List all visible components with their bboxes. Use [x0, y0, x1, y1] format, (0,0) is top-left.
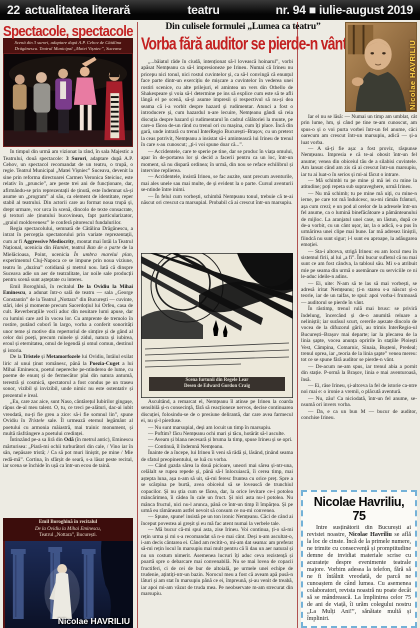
anniversary-headline: Nicolae Havriliu, 75 [307, 495, 411, 523]
paragraph: — Când gazda sărea la două picioare, une… [141, 463, 293, 514]
paragraph: „...băiatul râde în ciudă, intenționat s… [141, 59, 293, 149]
anniversary-box: Nicolae Havriliu, 75 Între susținătorii … [301, 490, 417, 628]
portrait-image [346, 23, 416, 111]
paragraph: Emil Boroghină, în recitalul De la Ovidi… [3, 284, 133, 354]
left-bottom-caption: Emil Boroghină în recitalul De la Ovidiu… [3, 518, 133, 541]
newspaper-page: 22 actualitatea literară teatru nr. 94 ■… [0, 0, 420, 628]
paragraph: În timpul din urmă am vizionat la rând, … [3, 149, 133, 226]
paragraph: — Spune, spune! insistă pe un ton ironic… [141, 514, 293, 527]
paragraph: Regia spectacolului, semnată de Cătălina… [3, 226, 133, 284]
main-article: Din culisele formulei „Lumea ca teatru” … [137, 22, 417, 628]
illustration-caption: Scena furtunii din Regele Lear Desen de … [149, 377, 285, 391]
paragraph: — Nu, zău! Ca niciodată, într-un fel anu… [301, 396, 417, 409]
portrait-byline: Nicolae HAVRILIU [408, 24, 417, 110]
paragraph: Între susținătorii din București ai revi… [307, 525, 411, 623]
section-label: teatru [188, 3, 220, 17]
paragraph: Înainte de a începe, lui Irineu îi veni … [141, 450, 293, 463]
kicker: Din culisele formulei „Lumea ca teatru” [141, 22, 345, 32]
author-byline: Nicolae HAVRILIU [58, 616, 130, 626]
issue-info: nr. 94 ■ iulie-august 2019 [276, 3, 413, 17]
paragraph: — Accidentele, insistă Irineu, se fac au… [141, 174, 293, 193]
page-number: 22 [7, 3, 20, 17]
main-article-col1: „...băiatul râde în ciudă, intenționat s… [141, 22, 293, 628]
masthead-left: 22 actualitatea literară [7, 3, 130, 17]
recital-photo: Nicolae HAVRILIU [3, 541, 133, 628]
stage-photo-image [4, 54, 132, 146]
left-top-caption: Scenă din 3 surori, adaptare după A.P. C… [3, 38, 133, 53]
caption-line: Desen de Edward Gordon Craig [149, 384, 285, 390]
main-headline: Vorba fără auditor se pierde-n vânt [141, 34, 349, 54]
col1-text: „...băiatul râde în ciudă, intenționat s… [141, 59, 293, 252]
anniversary-body: Între susținătorii din București ai revi… [307, 525, 411, 623]
main-article-columns: „...băiatul râde în ciudă, intenționat s… [141, 22, 417, 628]
paragraph: — Ei, râse Irineu, și-altceva la fel de … [301, 383, 417, 396]
paragraph: Ascultând, a remarcat el, Nemțeanu îl at… [141, 399, 293, 425]
main-article-head: Din culisele formulei „Lumea ca teatru” … [141, 22, 345, 49]
masthead: 22 actualitatea literară teatru nr. 94 ■… [0, 0, 420, 20]
paragraph: — Sta-i altceva, strigă Irineu: eu am lo… [301, 249, 417, 281]
stage-photo [3, 53, 133, 147]
paragraph: „Eu, care zac aice, sunt Naso, cântărețu… [3, 399, 133, 437]
paragraph: În răstimp, trenul rulă mai brusc: se pr… [301, 306, 417, 364]
paragraph: — A să-ți fie așa: a fost proviz, răspun… [301, 146, 417, 178]
paragraph: — De-acum ne-am spus, iar trenul abia a … [301, 364, 417, 383]
paragraph: — Nu mă schimb; tu pe mine mă uiți, cu m… [301, 191, 417, 249]
paragraph: — Mă schimbi tu pe mine și mă iei cu min… [301, 178, 417, 191]
lear-illustration: Scena furtunii din Regele Lear Desen de … [141, 253, 293, 398]
left-article-headline: Spectacole, spectacole... [3, 22, 133, 39]
col1b-text: Ascultând, a remarcat el, Nemțeanu îl at… [141, 399, 293, 628]
paragraph: — Ei, uite: N-am să te las să mai vorbeș… [301, 281, 417, 307]
paragraph: — Da, e ca un bun M — bucur de auditor, … [301, 409, 417, 422]
paragraph: Întinzând pe-a sa liră din Odă (în metru… [3, 437, 133, 469]
author-portrait-photo: Nicolae HAVRILIU [345, 22, 417, 112]
left-article-body: În timpul din urmă am vizionat la rând, … [3, 149, 133, 518]
paragraph: De la Tristele și Metamorfozele lui Ovid… [3, 354, 133, 399]
paragraph: — Accidentele, care te sperie pe tine, d… [141, 149, 293, 175]
left-article: Spectacole, spectacole... Scenă din 3 su… [3, 22, 133, 628]
paragraph: — Mă bucur că-mi spui asta, zise Irineu.… [141, 527, 293, 597]
page-content: Spectacole, spectacole... Scenă din 3 su… [0, 21, 420, 628]
main-article-col2: Iar el nu se lăsă: — Numai un timp am um… [297, 22, 417, 628]
lear-drawing [141, 253, 293, 398]
recital-photo-image [5, 541, 133, 628]
caption-line: Teatrul „Nottara”, București. [5, 533, 131, 539]
publication-title: actualitatea literară [25, 3, 130, 17]
paragraph: Iar el nu se lăsă: — Numai un timp am um… [301, 114, 417, 146]
paragraph: — În felul cum vorbești, schimbă Nemțean… [141, 194, 293, 207]
col2-text: Iar el nu se lăsă: — Numai un timp am um… [301, 114, 417, 488]
